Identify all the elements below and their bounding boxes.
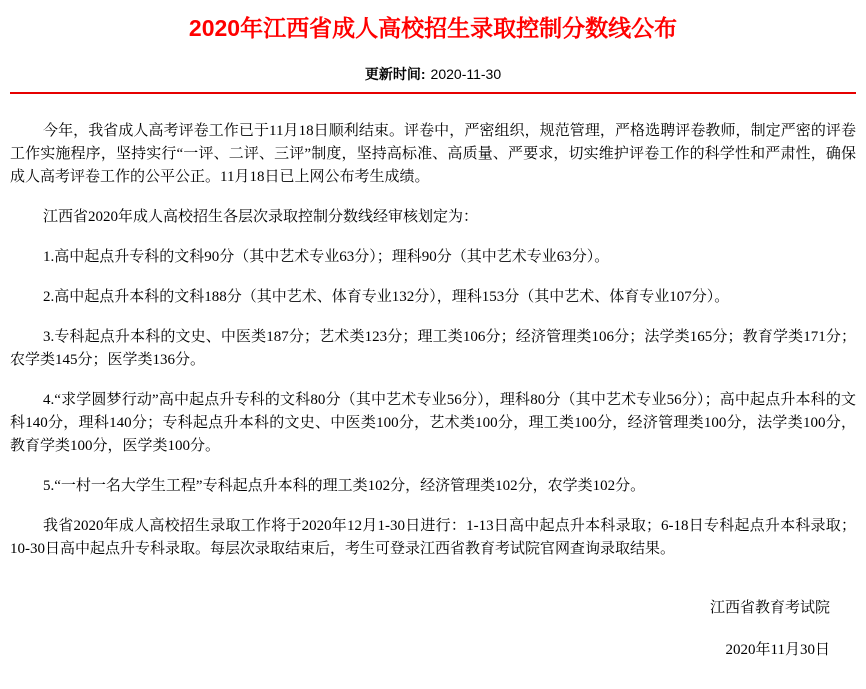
body-paragraph-intro: 今年，我省成人高考评卷工作已于11月18日顺利结束。评卷中，严密组织，规范管理，… xyxy=(10,120,856,189)
body-paragraph-schedule: 我省2020年成人高校招生录取工作将于2020年12月1-30日进行：1-13日… xyxy=(10,515,856,561)
signature-block: 江西省教育考试院 2020年11月30日 xyxy=(10,597,856,662)
signature-date: 2020年11月30日 xyxy=(10,639,830,662)
announcement-page: 2020年江西省成人高校招生录取控制分数线公布 更新时间:2020-11-30 … xyxy=(0,0,866,689)
document-body: 今年，我省成人高考评卷工作已于11月18日顺利结束。评卷中，严密组织，规范管理，… xyxy=(10,94,856,662)
update-time-row: 更新时间:2020-11-30 xyxy=(10,65,856,83)
body-paragraph-item-3: 3.专科起点升本科的文史、中医类187分；艺术类123分；理工类106分；经济管… xyxy=(10,326,856,372)
document-header: 2020年江西省成人高校招生录取控制分数线公布 更新时间:2020-11-30 xyxy=(10,14,856,94)
body-paragraph-lead-in: 江西省2020年成人高校招生各层次录取控制分数线经审核划定为： xyxy=(10,206,856,229)
update-time-value: 2020-11-30 xyxy=(431,66,502,82)
page-title: 2020年江西省成人高校招生录取控制分数线公布 xyxy=(10,14,856,42)
body-paragraph-item-2: 2.高中起点升本科的文科188分（其中艺术、体育专业132分），理科153分（其… xyxy=(10,286,856,309)
body-paragraph-item-1: 1.高中起点升专科的文科90分（其中艺术专业63分）；理科90分（其中艺术专业6… xyxy=(10,246,856,269)
body-paragraph-item-4: 4.“求学圆梦行动”高中起点升专科的文科80分（其中艺术专业56分），理科80分… xyxy=(10,389,856,458)
update-time-label: 更新时间: xyxy=(365,66,426,82)
body-paragraph-item-5: 5.“一村一名大学生工程”专科起点升本科的理工类102分，经济管理类102分，农… xyxy=(10,475,856,498)
signature-org: 江西省教育考试院 xyxy=(10,597,830,620)
